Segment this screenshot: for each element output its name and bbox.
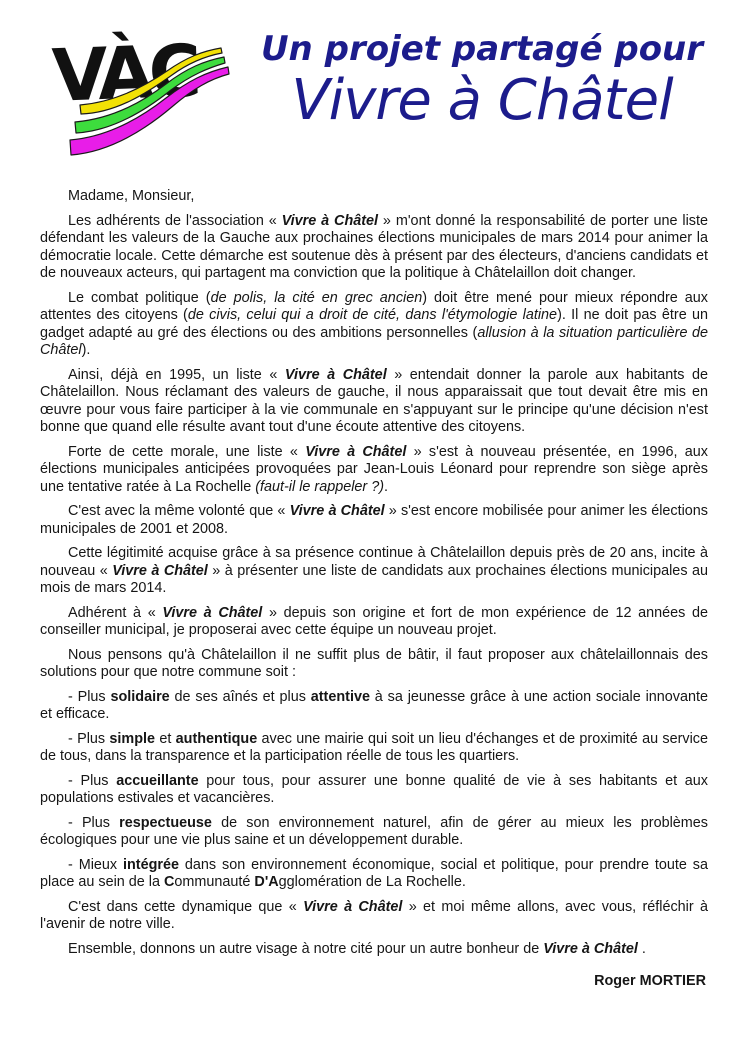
text-segment: gglomération de La Rochelle. <box>279 874 466 890</box>
text-segment: C <box>164 874 174 890</box>
text-segment: C'est dans cette dynamique que « <box>68 899 303 915</box>
text-segment: Les adhérents de l'association « <box>68 213 282 229</box>
text-segment: . <box>638 941 646 957</box>
letter-body: Madame, Monsieur, Les adhérents de l'ass… <box>0 172 748 991</box>
title-block: Un projet partagé pour Vivre à Châtel <box>240 26 724 130</box>
text-segment: Vivre à Châtel <box>112 563 208 579</box>
bullet-accueillante: - Plus accueillante pour tous, pour assu… <box>40 773 708 808</box>
paragraph-ensemble: Ensemble, donnons un autre visage à notr… <box>40 941 708 959</box>
text-segment: Adhérent à « <box>68 605 162 621</box>
text-segment: C'est avec la même volonté que « <box>68 503 290 519</box>
bullet-solidaire: - Plus solidaire de ses aînés et plus at… <box>40 689 708 724</box>
text-segment: - Plus <box>68 731 109 747</box>
paragraph-1996: Forte de cette morale, une liste « Vivre… <box>40 444 708 497</box>
bullet-simple-authentique: - Plus simple et authentique avec une ma… <box>40 731 708 766</box>
text-segment: attentive <box>311 689 370 705</box>
signature: Roger MORTIER <box>40 973 708 991</box>
text-segment: Vivre à Châtel <box>285 367 387 383</box>
paragraph-intro: Les adhérents de l'association « Vivre à… <box>40 213 708 283</box>
text-segment: de polis, la cité en grec ancien <box>211 290 423 306</box>
text-segment: - Plus <box>68 815 119 831</box>
text-segment: simple <box>109 731 155 747</box>
text-segment: - Plus <box>68 689 110 705</box>
text-segment: . <box>384 479 388 495</box>
text-segment: intégrée <box>123 857 179 873</box>
paragraph-adherent: Adhérent à « Vivre à Châtel » depuis son… <box>40 605 708 640</box>
text-segment: (faut-il le rappeler ?) <box>255 479 384 495</box>
paragraph-dynamique: C'est dans cette dynamique que « Vivre à… <box>40 899 708 934</box>
text-segment: Vivre à Châtel <box>282 213 378 229</box>
text-segment: Ainsi, déjà en 1995, un liste « <box>68 367 285 383</box>
paragraph-legitimite: Cette légitimité acquise grâce à sa prés… <box>40 545 708 598</box>
header: VÀC Un projet partagé pour Vivre à Châte… <box>0 0 748 172</box>
text-segment: authentique <box>176 731 258 747</box>
text-segment: Vivre à Châtel <box>543 941 638 957</box>
title-main: Vivre à Châtel <box>240 72 724 131</box>
text-segment: ommunauté <box>174 874 254 890</box>
paragraph-combat-politique: Le combat politique (de polis, la cité e… <box>40 290 708 360</box>
paragraph-2001-2008: C'est avec la même volonté que « Vivre à… <box>40 503 708 538</box>
text-segment: Forte de cette morale, une liste « <box>68 444 305 460</box>
text-segment: Le combat politique ( <box>68 290 211 306</box>
text-segment: - Plus <box>68 773 116 789</box>
text-segment: Nous pensons qu'à Châtelaillon il ne suf… <box>40 647 708 681</box>
text-segment: solidaire <box>110 689 169 705</box>
text-segment: Vivre à Châtel <box>290 503 385 519</box>
text-segment: Ensemble, donnons un autre visage à notr… <box>68 941 543 957</box>
text-segment: Vivre à Châtel <box>305 444 406 460</box>
text-segment: - Mieux <box>68 857 123 873</box>
logo-text: VÀC <box>51 29 199 118</box>
paragraph-solutions: Nous pensons qu'à Châtelaillon il ne suf… <box>40 647 708 682</box>
text-segment: de civis, celui qui a droit de cité, dan… <box>188 307 557 323</box>
vac-logo: VÀC <box>40 26 240 161</box>
text-segment: ). <box>82 342 91 358</box>
vac-logo-graphic: VÀC <box>40 26 240 161</box>
text-segment: accueillante <box>116 773 198 789</box>
text-segment: Vivre à Châtel <box>303 899 402 915</box>
text-segment: respectueuse <box>119 815 212 831</box>
text-segment: et <box>155 731 176 747</box>
document-page: VÀC Un projet partagé pour Vivre à Châte… <box>0 0 748 1058</box>
bullet-integree: - Mieux intégrée dans son environnement … <box>40 857 708 892</box>
bullet-respectueuse: - Plus respectueuse de son environnement… <box>40 815 708 850</box>
salutation: Madame, Monsieur, <box>40 188 708 206</box>
text-segment: D'A <box>254 874 278 890</box>
paragraph-1995: Ainsi, déjà en 1995, un liste « Vivre à … <box>40 367 708 437</box>
text-segment: Vivre à Châtel <box>162 605 262 621</box>
text-segment: de ses aînés et plus <box>170 689 311 705</box>
title-subtitle: Un projet partagé pour <box>240 32 724 68</box>
